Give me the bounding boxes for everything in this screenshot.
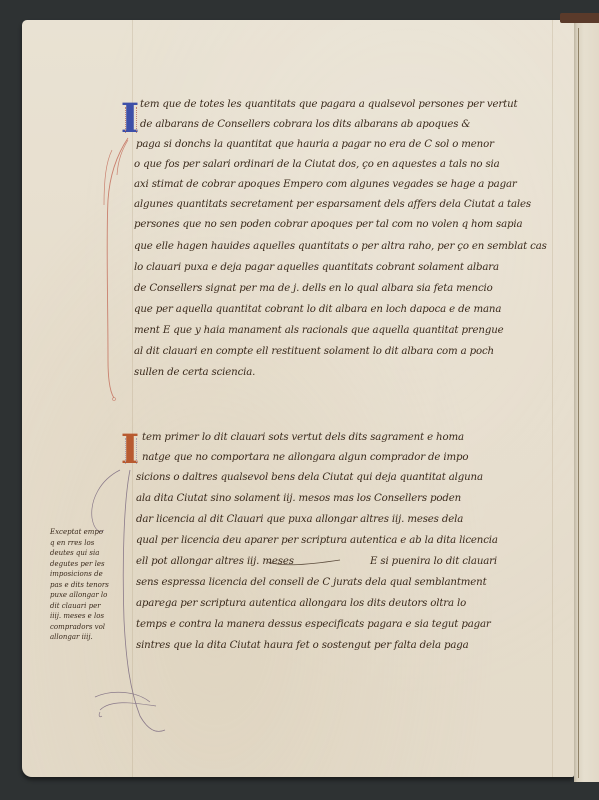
text-line: ell pot allongar altres iij. meses: [136, 554, 294, 570]
text-line: temps e contra la manera dessus especifi…: [136, 617, 491, 633]
note-line: deutes qui sia: [50, 548, 109, 559]
text-line: paga si donchs la quantitat que hauria a…: [136, 137, 494, 153]
text-line: sens espressa licencia del consell de C …: [136, 575, 487, 591]
text-line: ment E que y haia manament als racionals…: [134, 323, 503, 339]
text-line: tem primer lo dit clauari sots vertut de…: [142, 430, 464, 446]
text-line: sicions o daltres qualsevol bens dela Ci…: [136, 470, 483, 486]
text-line: o que fos per salari ordinari de la Ciut…: [134, 157, 500, 173]
note-line: pas e dits tenors: [50, 580, 109, 591]
note-line: Exceptat empo: [50, 527, 109, 538]
decorated-initial-red: I: [119, 430, 141, 470]
note-line: imposicions de: [50, 569, 109, 580]
manuscript-page: [22, 20, 574, 777]
text-line: ala dita Ciutat sino solament iij. mesos…: [136, 491, 461, 507]
note-line: dit clauari per: [50, 601, 109, 612]
ruling-line-right: [552, 20, 553, 777]
note-line: degutes per les: [50, 559, 109, 570]
text-line: axi stimat de cobrar apoques Empero com …: [134, 177, 517, 193]
text-line: de Consellers signat per ma de j. dells …: [134, 281, 493, 297]
text-line: tem que de totes les quantitats que paga…: [140, 97, 517, 113]
note-line: compradors vol: [50, 622, 109, 633]
text-line: que per aquella quantitat cobrant lo dit…: [134, 302, 501, 318]
note-line: puxe allongar lo: [50, 590, 109, 601]
text-line: lo clauari puxa e deja pagar aquelles qu…: [134, 260, 499, 276]
text-line: aparega per scriptura autentica allongar…: [136, 596, 466, 612]
text-line: persones que no sen poden cobrar apoques…: [134, 217, 522, 233]
initial-pen-work: [125, 438, 137, 464]
marginal-annotation: Exceptat empo q en rres los deutes qui s…: [50, 527, 109, 643]
text-line-paragraph-mark: E si puenira lo dit clauari: [370, 554, 497, 570]
binding-thread: [560, 13, 599, 23]
note-line: iiij. meses e los: [50, 611, 109, 622]
text-line: sintres que la dita Ciutat haura fet o s…: [136, 638, 469, 654]
text-line: de albarans de Consellers cobrara los di…: [140, 117, 470, 133]
note-line: allongar iiij.: [50, 632, 109, 643]
text-line: qual per licencia deu aparer per scriptu…: [136, 533, 498, 549]
text-line: algunes quantitats secretament per espar…: [134, 197, 531, 213]
text-line: que elle hagen hauides aquelles quantita…: [134, 239, 547, 255]
text-line: al dit clauari en compte ell restituent …: [134, 344, 494, 360]
text-line: sullen de certa sciencia.: [134, 365, 255, 381]
decorated-initial-blue: I: [119, 99, 141, 139]
initial-pen-work: [125, 107, 137, 133]
gutter-fold: [578, 28, 579, 778]
text-line: dar licencia al dit Clauari que puxa all…: [136, 512, 463, 528]
note-line: q en rres los: [50, 538, 109, 549]
text-line: natge que no comportara ne allongara alg…: [142, 450, 468, 466]
